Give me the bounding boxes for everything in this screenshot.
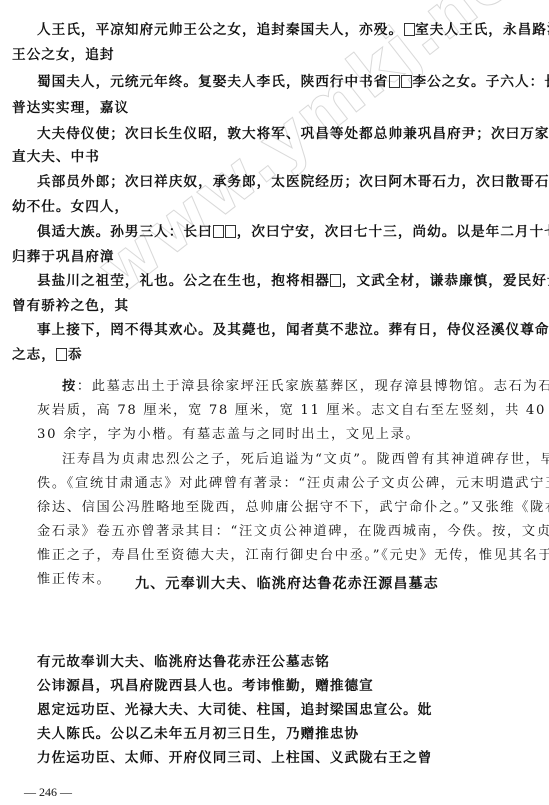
inscription-line: 力佐运功臣、太师、开府仪同三司、上柱国、义武陇右王之曾 bbox=[37, 750, 432, 766]
missing-char-box bbox=[404, 23, 415, 36]
annotation-line: 灰岩质，高 78 厘米，宽 78 厘米，宽 11 厘米。志文自右至左竖刻，共 4… bbox=[37, 403, 549, 419]
annotation-line: 30 余字，字为小楷。有墓志盖与之同时出土，文见上录。 bbox=[37, 427, 420, 443]
section-heading: 九、元奉训大夫、临洮府达鲁花赤汪源昌墓志 bbox=[135, 573, 439, 593]
text-line: 蜀国夫人，元统元年终。复娶夫人李氏，陕西行中书省李公之女。子六人：长曰 bbox=[37, 74, 549, 90]
missing-char-box bbox=[401, 75, 412, 88]
text-line: 曾有骄衿之色，其 bbox=[12, 298, 129, 314]
inscription-line: 公讳源昌，巩昌府陇西县人也。考讳惟勤，赠推德宣 bbox=[37, 678, 374, 694]
inscription-line: 有元故奉训大夫、临洮府达鲁花赤汪公墓志铭 bbox=[37, 654, 330, 670]
text-line: 之志，忝 bbox=[12, 347, 83, 363]
inscription-line: 夫人陈氏。公以乙未年五月初三日生，乃赠推忠协 bbox=[37, 726, 359, 742]
annotation-label: 按 bbox=[62, 379, 77, 394]
annotation-line: 金石录》卷五亦曾著录其目：“汪文贞公神道碑，在陇西城南，今佚。按，文贞即 bbox=[37, 524, 549, 540]
missing-char-box bbox=[213, 225, 224, 238]
text-line: 县盐川之祖茔，礼也。公之在生也，抱将相器，文武全材，谦恭廉慎，爱民好士，未 bbox=[37, 273, 549, 289]
text-line: 事上接下，罔不得其欢心。及其薨也，闻者莫不悲泣。葬有日，侍仪泾溪仪尊命为 bbox=[37, 322, 549, 338]
page-number: — 246 — bbox=[24, 785, 72, 800]
missing-char-box bbox=[225, 225, 236, 238]
missing-char-box bbox=[389, 75, 400, 88]
text-line: 直大夫、中书 bbox=[12, 149, 100, 165]
text-line: 人王氏，平凉知府元帅王公之女，追封秦国夫人，亦殁。室夫人王氏，永昌路治中 bbox=[37, 22, 549, 38]
missing-char-box bbox=[56, 348, 67, 361]
text-line: 俱适大族。孙男三人：长曰，次曰宁安，次曰七十三，尚幼。以是年二月十七日 bbox=[37, 224, 549, 240]
text-line: 幼不仕。女四人， bbox=[12, 199, 129, 215]
inscription-line: 恩定远功臣、光禄大夫、大司徒、柱国，追封梁国忠宣公。妣 bbox=[37, 702, 432, 718]
text-line: 归葬于巩昌府漳 bbox=[12, 249, 115, 265]
text-line: 大夫侍仪使；次曰长生仪昭，敦大将军、巩昌等处都总帅兼巩昌府尹；次曰万家奴，奉 bbox=[37, 126, 549, 142]
annotation-line: 惟正之子，寿昌仕至资德大夫，江南行御史台中丞。”《元史》无传，惟见其名于 bbox=[37, 548, 549, 564]
annotation-line: 徐达、信国公冯胜略地至陇西，总帅庸公据守不下，武宁命仆之。”又张维《陇右 bbox=[37, 500, 549, 516]
text-line: 普达实实理，嘉议 bbox=[12, 100, 129, 116]
annotation-line: 惟正传末。 bbox=[37, 572, 111, 588]
annotation-line: 按：此墓志出土于漳县徐家坪汪氏家族墓葬区，现存漳县博物馆。志石为石 bbox=[62, 379, 549, 395]
missing-char-box bbox=[330, 274, 341, 287]
annotation-line: 佚。《宣统甘肃通志》对此碑曾有著录：“汪贞肃公子文贞公碑，元末明遣武宁王 bbox=[37, 476, 549, 492]
watermark: www.ymkj.net bbox=[84, 0, 549, 309]
text-line: 兵部员外郎；次曰祥庆奴，承务郎，太医院经历；次曰阿木哥石力，次曰散哥石力，年 bbox=[37, 174, 549, 190]
annotation-line: 汪寿昌为贞肃忠烈公之子，死后追谥为“文贞”。陇西曾有其神道碑存世，早 bbox=[62, 452, 549, 468]
document-page: www.ymkj.net 人王氏，平凉知府元帅王公之女，追封秦国夫人，亦殁。室夫… bbox=[0, 0, 549, 805]
text-line: 王公之女，追封 bbox=[12, 47, 115, 63]
